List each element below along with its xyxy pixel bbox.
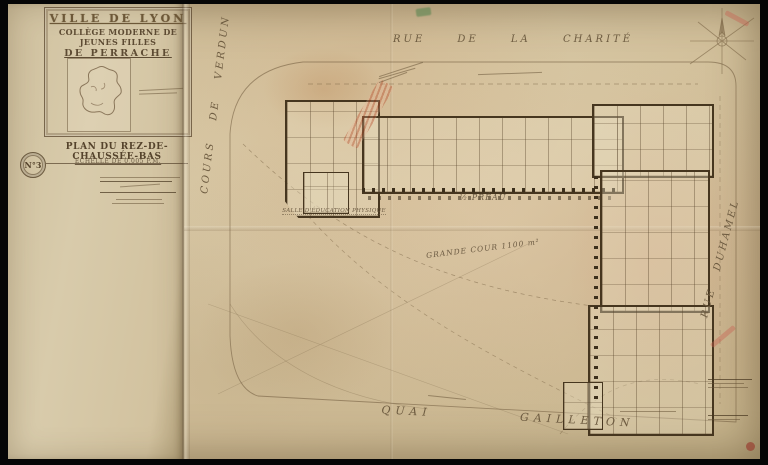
margin-annotation-box — [708, 412, 750, 423]
scribble-line — [708, 415, 748, 416]
building-central-wing — [362, 116, 624, 194]
red-corner-blob — [746, 442, 755, 451]
pencil-annotation-dashline — [478, 70, 548, 77]
scribble-line — [428, 395, 466, 400]
building-right-wing-middle — [600, 170, 710, 313]
scribble-line — [620, 411, 676, 412]
colonnade-right-wing — [594, 176, 598, 404]
caretaker-rooms-caption — [620, 408, 678, 415]
margin-annotation-box — [708, 376, 754, 391]
scribble-line — [708, 419, 740, 420]
building-right-wing-top — [592, 104, 714, 178]
colonnade-central-wing — [362, 188, 620, 192]
scan-background: { "title_block": { "city": "VILLE DE LYO… — [0, 0, 768, 465]
gym-hall-label: SALLE D'ÉDUCATION PHYSIQUE — [282, 208, 386, 215]
scribble-line — [478, 72, 542, 75]
survey-note-bottom — [428, 394, 468, 401]
paper-sheet: VILLE DE LYON COLLÈGE MODERNE DE JEUNES … — [8, 4, 760, 459]
compass-rose-icon — [684, 4, 760, 80]
street-label-rue-de-la-charite: RUE DE LA CHARITÉ — [388, 34, 638, 45]
pencil-annotation-top — [378, 66, 438, 81]
preau-label: ½ PRÉAU — [438, 193, 528, 202]
scribble-line — [708, 379, 752, 380]
scribble-line — [708, 387, 748, 388]
scribble-line — [708, 383, 744, 384]
